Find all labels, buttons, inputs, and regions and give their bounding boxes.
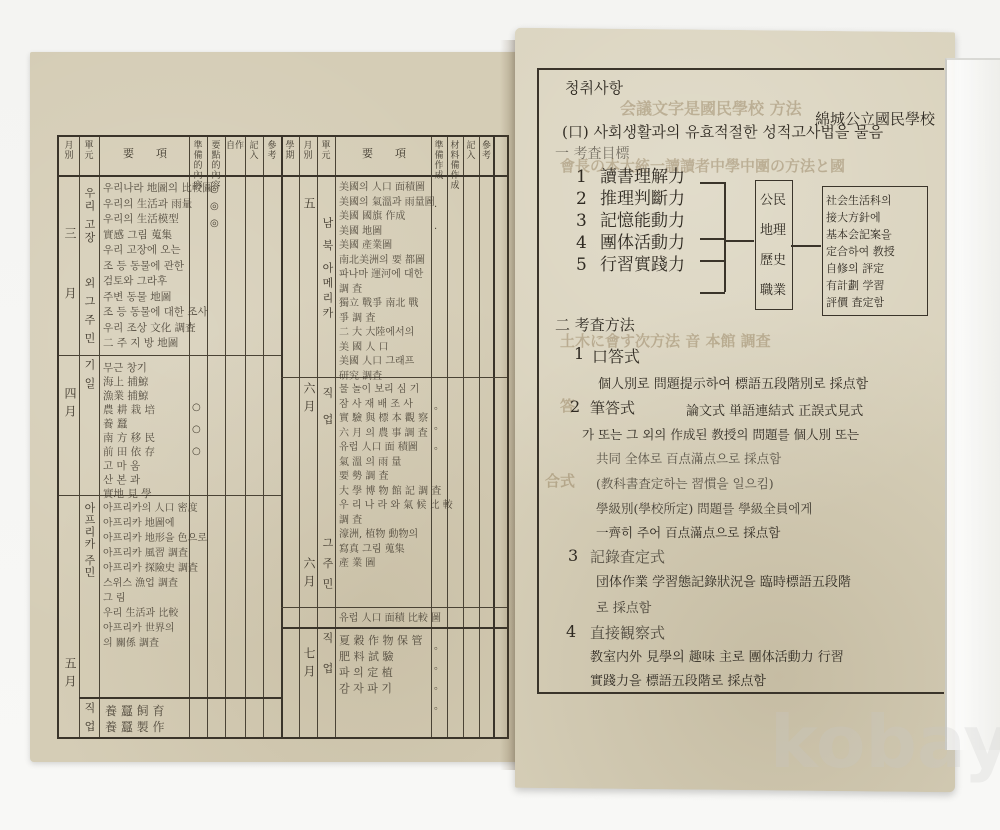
method-title: 直接観察式 — [590, 622, 665, 643]
month-label: 七月 — [301, 647, 318, 683]
method-desc: 団体作業 学習態記錄狀況을 臨時標語五段階 — [596, 571, 851, 590]
abilities-list: 讀書理解力 推理判斷力 記憶能動力 團体活動力 行習實踐力 — [600, 166, 685, 276]
section-title: (口) 사회생활과의 유효적절한 성적고사법을 물음 — [562, 121, 883, 142]
section-one-label: 一 考査目標 — [555, 143, 629, 163]
col-line — [263, 137, 264, 737]
unit-label: 우리 고장 — [81, 187, 97, 245]
cell-items: 무근 창기 海上 捕鯨 漁業 捕鯨 農 耕 栽 培 養 蠶 南 方 移 民 前 … — [103, 361, 155, 501]
method-num: 2 — [570, 397, 580, 416]
method-desc: 論文式 単語連結式 正誤式見式 — [686, 400, 863, 419]
subjects-list: 公民 地理 歷史 職業 — [760, 186, 786, 306]
bracket-line — [724, 240, 754, 242]
bracket-line — [791, 245, 821, 247]
col-line — [79, 137, 80, 737]
method-desc: 學級別(學校所定) 問題를 學級全員에게 — [596, 499, 812, 517]
bracket-line — [700, 260, 725, 262]
month-label: 月 — [62, 287, 79, 305]
method-desc: 가 또는 그 외의 作成된 教授의 問題를 個人別 또는 — [582, 425, 859, 443]
unit-label: 남 북 아메리카 — [319, 217, 335, 322]
header-self: 自作 — [226, 141, 244, 151]
bracket-line — [700, 238, 725, 240]
header-prep-2: 準備作成 — [432, 141, 446, 181]
col-line — [335, 137, 336, 737]
month-label: 六月 — [301, 557, 318, 593]
header-material-2: 材料備作成 — [448, 141, 462, 191]
unit-label: 그 주 민 — [319, 537, 335, 592]
bracket-line — [724, 182, 726, 292]
method-desc: 教室内外 見學의 趣味 主로 團体活動力 行習 — [590, 646, 844, 665]
method-desc: 實踐力을 標語五段階로 採点함 — [590, 670, 766, 689]
bleed-through-text: 合式 — [545, 470, 575, 491]
header-unit: 單元 — [81, 141, 97, 161]
cell-items: 美國의 人口 面積圖 美國의 氣溫과 雨量圖 美國 國旗 作成 美國 地圖 美國… — [339, 181, 435, 384]
bleed-through-text: 会議文字是國民學校 方法 — [620, 96, 802, 119]
header-items: 要 項 — [103, 149, 187, 159]
col-line — [225, 137, 226, 737]
row-divider — [281, 607, 507, 608]
cell-items: 우리나라 地圖의 比較圖 우리의 生活과 雨量 우리의 生活模型 實感 그림 蒐… — [103, 181, 213, 352]
cell-items: 유럽 人口 面積 比較 圖 — [339, 611, 441, 627]
header-unit-2: 單元 — [318, 141, 334, 161]
month-label: 六月 — [301, 382, 318, 418]
cell-items: 아프리카의 人口 密度 아프리카 地圖에 아프리카 地形을 色으로 아프리카 風… — [103, 501, 207, 651]
header-month-2: 月別 — [300, 141, 316, 161]
acrylic-stand — [945, 58, 1000, 750]
unit-label: 기 일 — [81, 359, 97, 391]
col-line — [463, 137, 464, 737]
bracket-line — [700, 182, 725, 184]
col-line — [493, 137, 495, 737]
method-desc: 共同 全体로 百点滿点으로 採点함 — [596, 449, 781, 467]
heading: 청취사항 — [565, 77, 623, 98]
ledger-table: 月別 單元 要 項 準備的內容 要點的內容 自作 記入 參考 學期 月別 單元 … — [57, 135, 509, 739]
col-line — [245, 137, 246, 737]
col-line — [479, 137, 480, 737]
unit-label: 외 그 주 민 — [81, 277, 97, 346]
method-num: 1 — [574, 344, 584, 363]
section-two-label: 二 考査方法 — [555, 314, 635, 335]
method-title: 筆答式 — [590, 397, 635, 418]
header-entry: 記入 — [246, 141, 262, 161]
check-marks: 。 。 。 — [434, 397, 444, 457]
month-label: 三 — [62, 227, 79, 245]
abilities-numbers: 1 2 3 4 5 — [576, 166, 587, 276]
row-divider — [59, 355, 281, 356]
unit-label: 직 업 — [319, 387, 335, 431]
header-ref-2: 參考 — [480, 141, 493, 161]
check-marks: · · — [434, 197, 437, 241]
check-marks: 。 。 。 。 — [434, 637, 444, 717]
method-desc: 個人別로 問題提示하여 標語五段階別로 採点함 — [598, 373, 868, 392]
col-line — [281, 137, 283, 737]
month-label: 五 — [301, 197, 318, 215]
header-term: 學期 — [282, 141, 298, 161]
unit-label: 직 업 — [319, 632, 335, 682]
row-divider — [281, 627, 507, 629]
method-title: 口答式 — [592, 344, 640, 367]
watermark: kobay — [770, 700, 1000, 784]
cell-items: 養 蠶 飼 育 養 蠶 製 作 — [105, 703, 164, 735]
header-items-2: 要 項 — [339, 149, 429, 159]
header-entry-2: 記入 — [464, 141, 478, 161]
col-line — [299, 137, 300, 737]
header-month: 月別 — [61, 141, 77, 161]
method-num: 4 — [566, 622, 576, 641]
methods-box-text: 社会生活科의 接大方針에 基本会記案을 定合하여 教授 自修의 評定 有計劃 学… — [826, 192, 895, 311]
row-divider — [79, 697, 281, 699]
unit-label: 직 업 — [81, 702, 97, 734]
col-line — [99, 137, 100, 737]
check-marks: ○ ○ ○ — [192, 397, 201, 463]
cell-items: 夏 穀 作 物 保 管 肥 料 試 驗 파 의 定 植 감 자 파 기 — [339, 633, 422, 697]
method-desc: (教科書査定하는 習慣을 일으킴) — [596, 474, 774, 492]
check-marks: ◎ ◎ ◎ — [210, 181, 219, 232]
month-label: 四月 — [62, 387, 79, 423]
header-ref: 參考 — [264, 141, 280, 161]
method-desc: 로 採点함 — [596, 597, 651, 616]
unit-label: 아프리카 주민 — [81, 502, 97, 579]
row-divider — [59, 495, 281, 496]
bracket-line — [700, 292, 725, 294]
method-num: 3 — [568, 546, 578, 565]
month-label: 五月 — [62, 657, 79, 693]
method-title: 記錄査定式 — [590, 546, 665, 567]
method-desc: 一齊히 주어 百点滿点으로 採点함 — [596, 523, 780, 541]
